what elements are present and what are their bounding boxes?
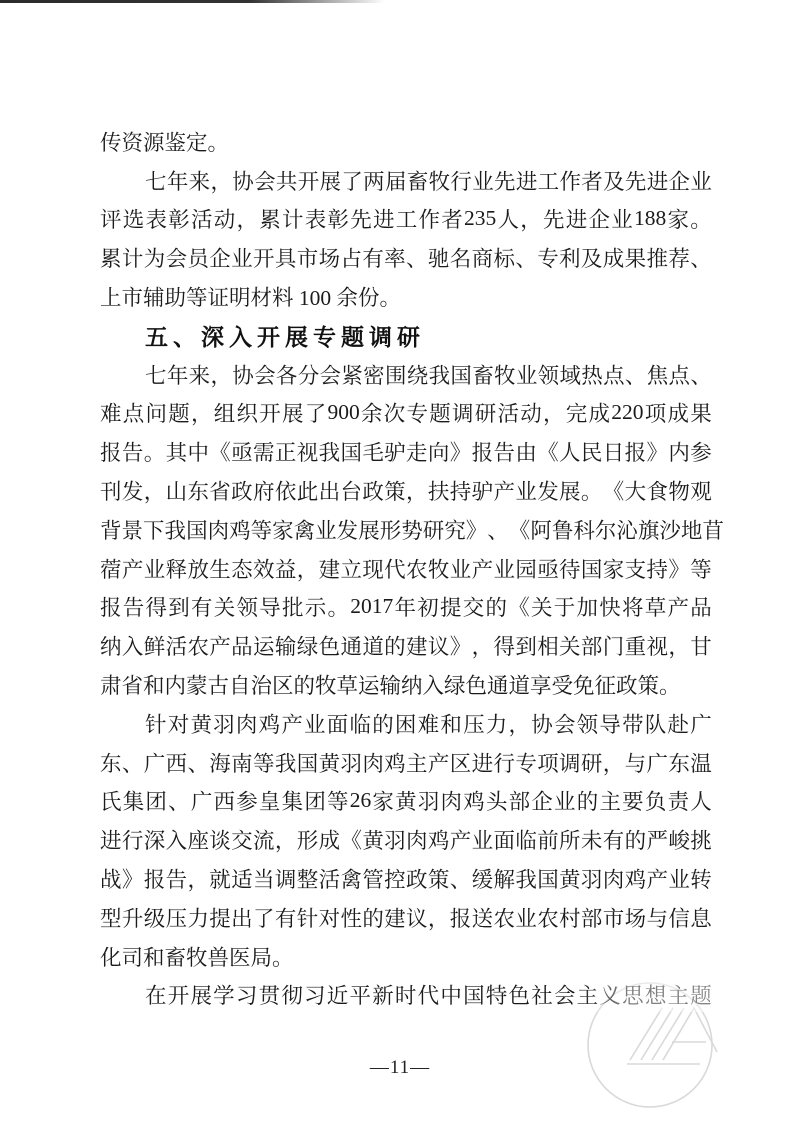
document-page: 传资源鉴定。 七年来，协会共开展了两届畜牧行业先进工作者及先进企业 评选表彰活动…	[0, 0, 800, 1131]
text-line: 针对黄羽肉鸡产业面临的困难和压力，协会领导带队赴广	[100, 704, 712, 743]
text-line: 累计为会员企业开具市场占有率、驰名商标、专利及成果推荐、	[100, 238, 712, 277]
text-line: 传资源鉴定。	[100, 122, 712, 161]
text-line: 七年来，协会各分会紧密围绕我国畜牧业领域热点、焦点、	[100, 355, 712, 394]
text-line: 难点问题，组织开展了900余次专题调研活动，完成220项成果	[100, 394, 712, 433]
page-number: —11—	[0, 1057, 800, 1079]
text-line: 战》报告，就适当调整活禽管控政策、缓解我国黄羽肉鸡产业转	[100, 859, 712, 898]
text-line: 报告。其中《亟需正视我国毛驴走向》报告由《人民日报》内参	[100, 432, 712, 471]
text-line: 评选表彰活动，累计表彰先进工作者235人，先进企业188家。	[100, 200, 712, 239]
text-line: 在开展学习贯彻习近平新时代中国特色社会主义思想主题	[100, 976, 712, 1015]
text-line: 东、广西、海南等我国黄羽肉鸡主产区进行专项调研，与广东温	[100, 743, 712, 782]
document-body: 传资源鉴定。 七年来，协会共开展了两届畜牧行业先进工作者及先进企业 评选表彰活动…	[100, 122, 712, 1014]
text-line: 型升级压力提出了有针对性的建议，报送农业农村部市场与信息	[100, 898, 712, 937]
text-line: 上市辅助等证明材料 100 余份。	[100, 277, 712, 316]
text-line: 进行深入座谈交流，形成《黄羽肉鸡产业面临前所未有的严峻挑	[100, 820, 712, 859]
text-line: 化司和畜牧兽医局。	[100, 937, 712, 976]
text-line: 七年来，协会共开展了两届畜牧行业先进工作者及先进企业	[100, 161, 712, 200]
text-line: 刊发，山东省政府依此出台政策，扶持驴产业发展。《大食物观	[100, 471, 712, 510]
text-line: 报告得到有关领导批示。2017年初提交的《关于加快将草产品	[100, 588, 712, 627]
text-line: 纳入鲜活农产品运输绿色通道的建议》，得到相关部门重视，甘	[100, 626, 712, 665]
text-line: 背景下我国肉鸡等家禽业发展形势研究》、《阿鲁科尔沁旗沙地苜	[100, 510, 712, 549]
text-line: 蓿产业释放生态效益，建立现代农牧业产业园亟待国家支持》等	[100, 549, 712, 588]
section-heading: 五、深入开展专题调研	[100, 316, 712, 355]
logo-letter-a	[663, 1008, 717, 1060]
text-line: 氏集团、广西参皇集团等26家黄羽肉鸡头部企业的主要负责人	[100, 782, 712, 821]
scan-edge-artifact	[0, 0, 385, 3]
text-line: 肃省和内蒙古自治区的牧草运输纳入绿色通道享受免征政策。	[100, 665, 712, 704]
